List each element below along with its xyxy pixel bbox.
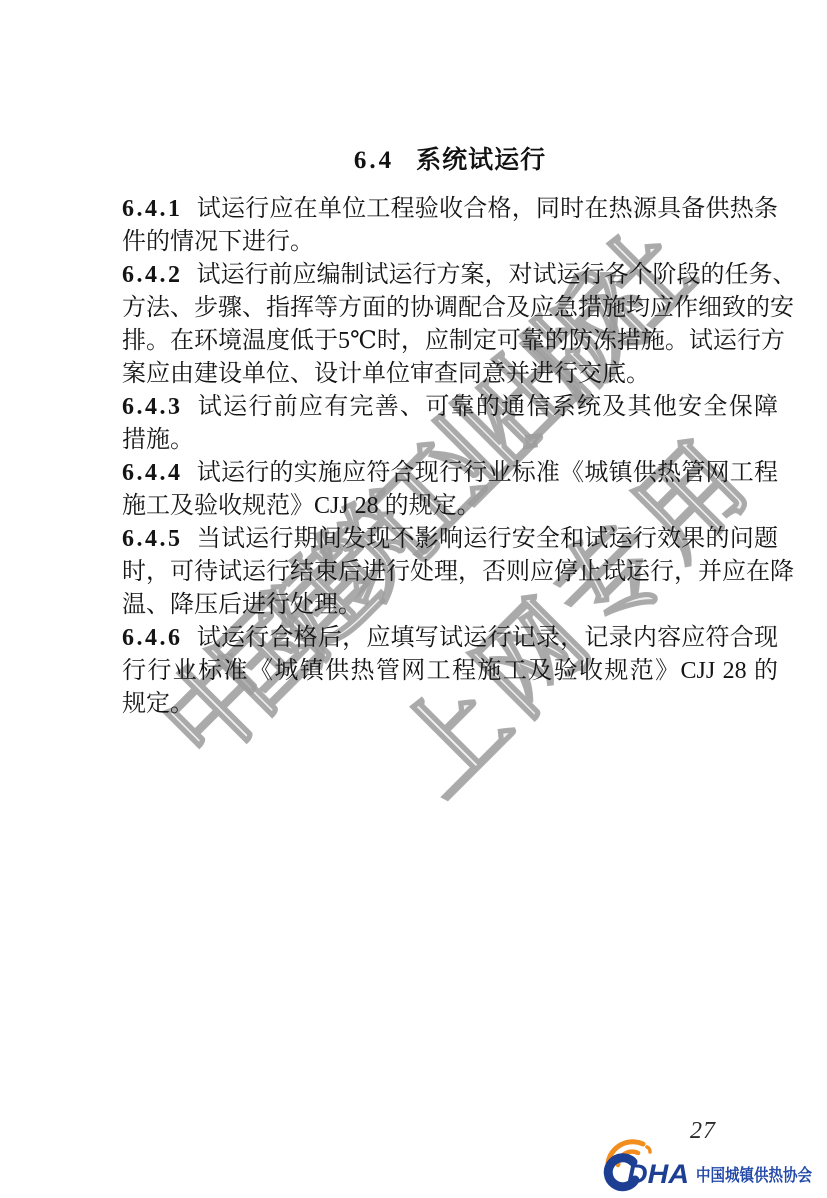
logo-acronym: DHA — [627, 1159, 689, 1189]
text-line: 6.4.4试运行的实施应符合现行行业标准《城镇供热管网工程 — [122, 457, 778, 490]
clause-text: 试运行应在单位工程验收合格，同时在热源具备供热条 — [197, 196, 779, 222]
text-line: 6.4.1试运行应在单位工程验收合格，同时在热源具备供热条 — [122, 193, 778, 226]
logo-arc-tick-icon — [647, 1147, 650, 1152]
cdha-logo-graphic: DHA 中国城镇供热协会 — [596, 1133, 816, 1195]
clause-number: 6.4.1 — [122, 196, 183, 222]
section-number: 6.4 — [354, 147, 394, 174]
section-title: 系统试运行 — [416, 147, 546, 174]
document-page: 中国建筑工业出版社 上网专用 6.4系统试运行 6.4.1试运行应在单位工程验收… — [0, 0, 827, 1198]
clause-text: 规定。 — [122, 691, 194, 717]
section-heading: 6.4系统试运行 — [122, 140, 778, 176]
clause-text: 当试运行期间发现不影响运行安全和试运行效果的问题 — [197, 526, 779, 552]
clause-text: 温、降压后进行处理。 — [122, 592, 362, 618]
clause-text: 时，可待试运行结束后进行处理，否则应停止试运行，并应在降 — [122, 559, 794, 585]
clause-number: 6.4.3 — [122, 394, 183, 420]
text-line: 6.4.6试运行合格后，应填写试运行记录，记录内容应符合现 — [122, 622, 778, 655]
clause-text: 排。在环境温度低于5℃时，应制定可靠的防冻措施。试运行方 — [122, 328, 785, 354]
logo-org-name: 中国城镇供热协会 — [696, 1165, 812, 1185]
clause-text: 试运行前应有完善、可靠的通信系统及其他安全保障 — [197, 394, 779, 420]
clause-text: 件的情况下进行。 — [122, 229, 314, 255]
text-line: 6.4.5当试运行期间发现不影响运行安全和试运行效果的问题 — [122, 523, 778, 556]
clause-text: 施工及验收规范》CJJ 28 的规定。 — [122, 493, 481, 519]
clause-text: 试运行的实施应符合现行行业标准《城镇供热管网工程 — [197, 460, 779, 486]
text-line: 6.4.3试运行前应有完善、可靠的通信系统及其他安全保障 — [122, 391, 778, 424]
clause-text: 方法、步骤、指挥等方面的协调配合及应急措施均应作细致的安 — [122, 295, 794, 321]
clause-text: 行行业标准《城镇供热管网工程施工及验收规范》CJJ 28 的 — [122, 658, 778, 684]
clause-text: 措施。 — [122, 427, 194, 453]
body-text: 6.4.1试运行应在单位工程验收合格，同时在热源具备供热条件的情况下进行。6.4… — [122, 193, 778, 721]
clause-text: 试运行前应编制试运行方案，对试运行各个阶段的任务、 — [197, 262, 797, 288]
text-line: 温、降压后进行处理。 — [122, 589, 778, 622]
text-line: 规定。 — [122, 688, 778, 721]
heating-association-logo: DHA 中国城镇供热协会 — [596, 1133, 816, 1195]
text-line: 件的情况下进行。 — [122, 226, 778, 259]
text-line: 案应由建设单位、设计单位审查同意并进行交底。 — [122, 358, 778, 391]
text-line: 排。在环境温度低于5℃时，应制定可靠的防冻措施。试运行方 — [122, 325, 778, 358]
text-line: 6.4.2试运行前应编制试运行方案，对试运行各个阶段的任务、 — [122, 259, 778, 292]
text-line: 行行业标准《城镇供热管网工程施工及验收规范》CJJ 28 的 — [122, 655, 778, 688]
clause-number: 6.4.5 — [122, 526, 183, 552]
clause-number: 6.4.2 — [122, 262, 183, 288]
clause-number: 6.4.4 — [122, 460, 183, 486]
clause-number: 6.4.6 — [122, 625, 183, 651]
clause-text: 试运行合格后，应填写试运行记录，记录内容应符合现 — [197, 625, 779, 651]
text-line: 措施。 — [122, 424, 778, 457]
text-line: 施工及验收规范》CJJ 28 的规定。 — [122, 490, 778, 523]
clause-text: 案应由建设单位、设计单位审查同意并进行交底。 — [122, 361, 650, 387]
text-line: 方法、步骤、指挥等方面的协调配合及应急措施均应作细致的安 — [122, 292, 778, 325]
text-line: 时，可待试运行结束后进行处理，否则应停止试运行，并应在降 — [122, 556, 778, 589]
